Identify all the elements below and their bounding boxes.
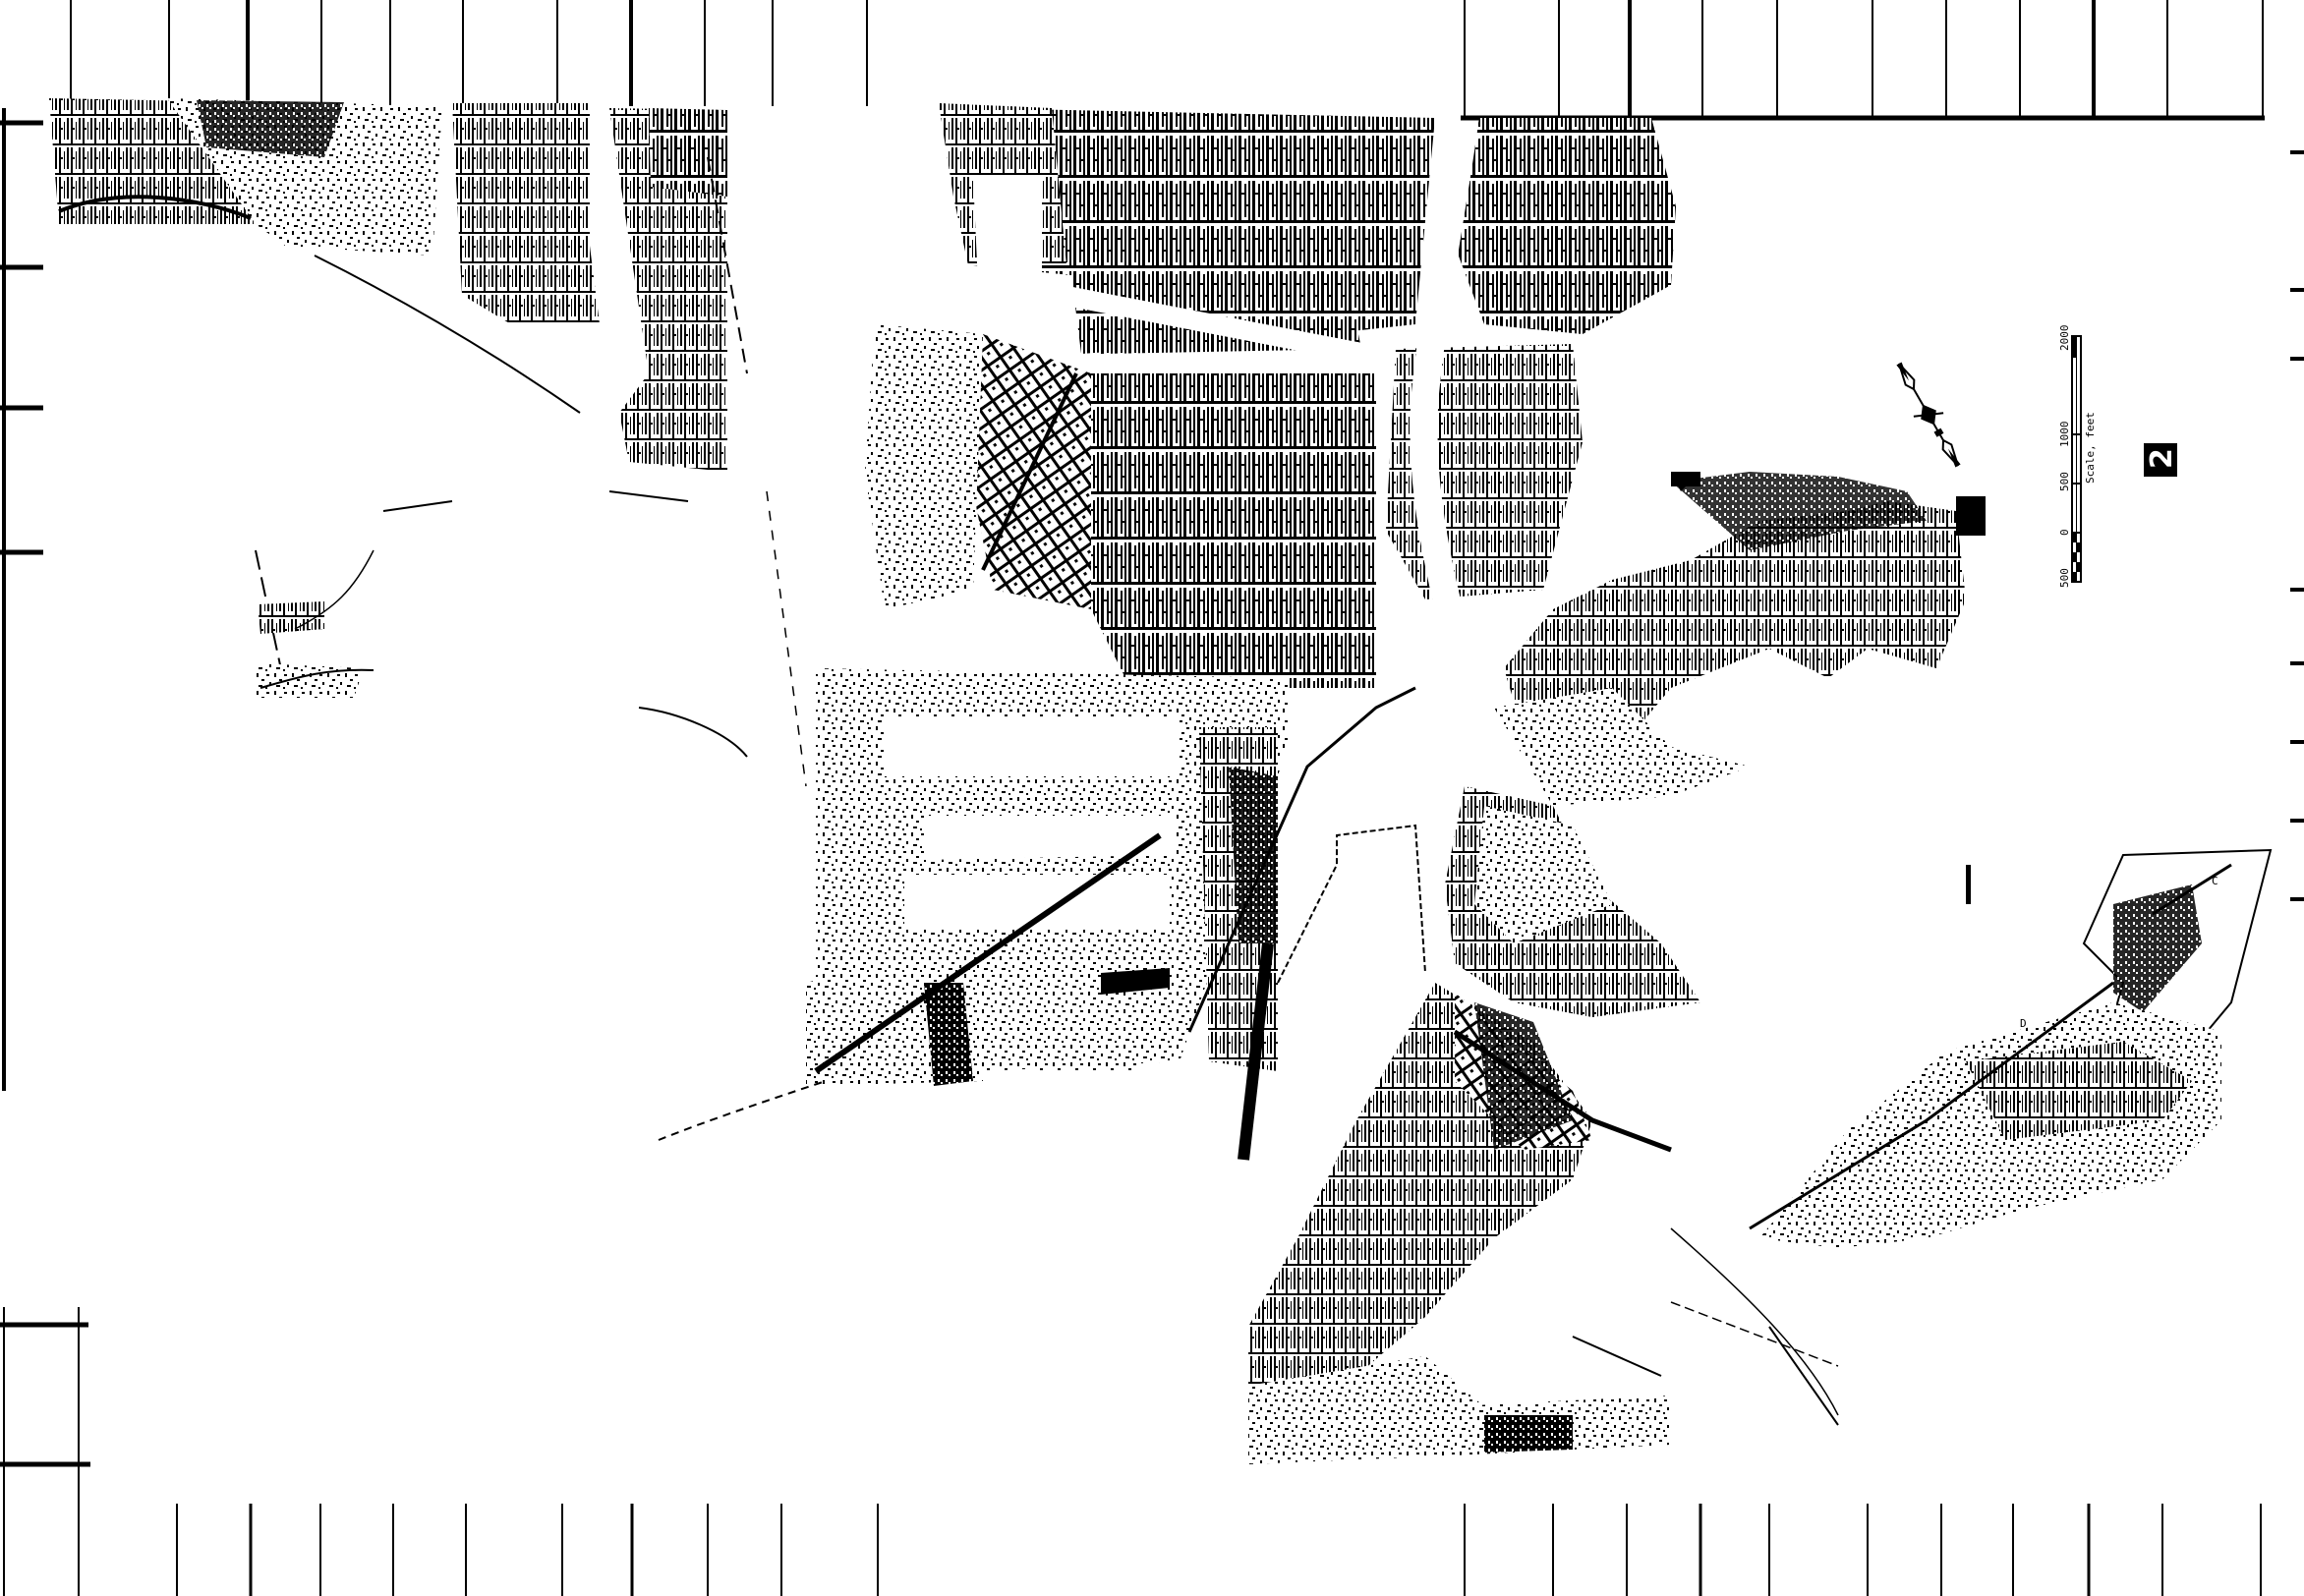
scale-tick-label: 2000 — [2058, 325, 2071, 352]
map-content: C D — [49, 98, 2271, 1464]
map-annotation-d: D — [2020, 1017, 2027, 1030]
scale-tick-label: 0 — [2058, 529, 2071, 536]
map-fragment-northwest — [49, 98, 727, 698]
map-fragment-south-central — [639, 668, 1425, 1160]
map-annotation-c: C — [2212, 875, 2218, 887]
map-sheet: C D — [0, 0, 2304, 1596]
scale-label: Scale, feet — [2084, 412, 2097, 484]
scale-tick-label: 500 — [2058, 472, 2071, 491]
scale-tick-label: 1000 — [2058, 422, 2071, 448]
scale-tick-label: 500 — [2058, 568, 2071, 588]
map-fragment-south — [1248, 983, 1838, 1464]
sheet-number: 2 — [2145, 448, 2179, 469]
sheet-number-badge: 2 — [2144, 443, 2179, 477]
scale-bar: 500 0 500 1000 2000 Scale, feet — [2058, 325, 2097, 589]
north-arrow-icon — [1887, 357, 1970, 473]
